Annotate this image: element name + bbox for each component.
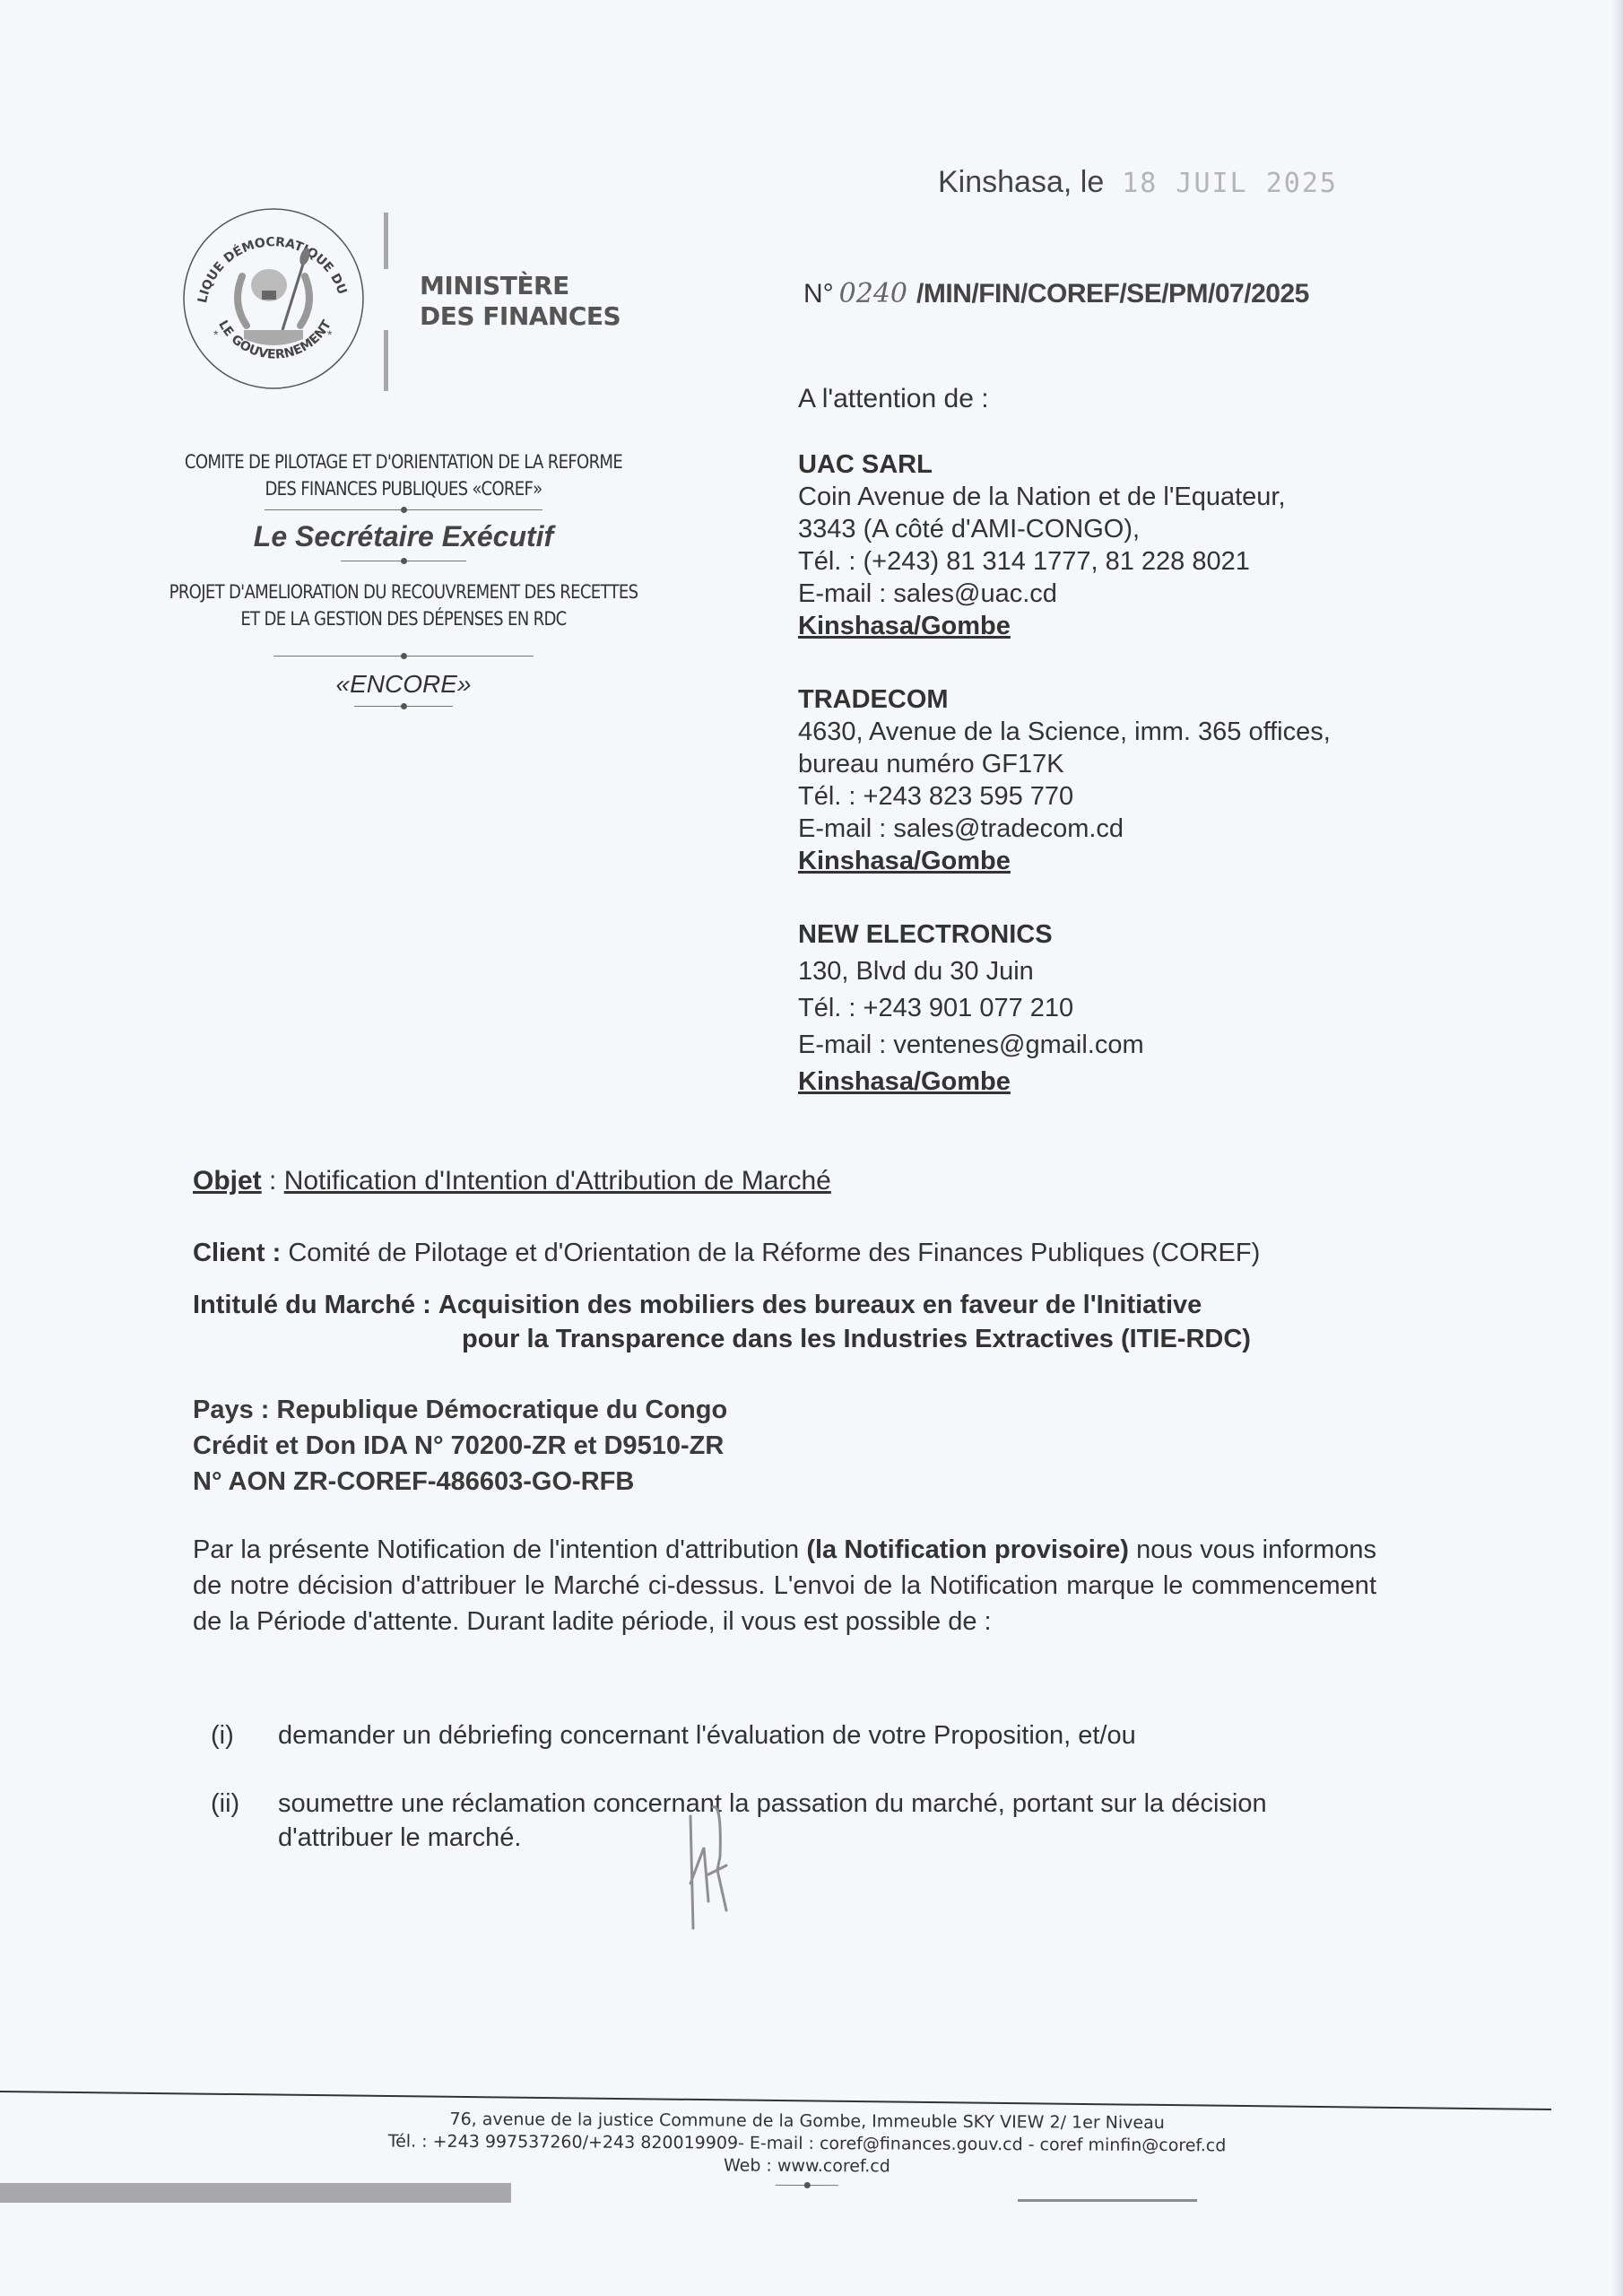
date-stamp: 18 JUIL 2025 (1122, 168, 1338, 199)
footer-gray-band (0, 2183, 511, 2203)
secretary-title: Le Secrétaire Exécutif (117, 520, 690, 553)
list-item: (i) demander un débriefing concernant l'… (193, 1718, 1376, 1752)
dateline: Kinshasa, le18 JUIL 2025 (938, 165, 1338, 200)
recipient-block: TRADECOM 4630, Avenue de la Science, imm… (798, 683, 1331, 877)
recipient-city: Kinshasa/Gombe (798, 1064, 1144, 1100)
recipient-block: UAC SARL Coin Avenue de la Nation et de … (798, 448, 1286, 642)
divider (384, 213, 388, 269)
project-name: PROJET D'AMELIORATION DU RECOUVREMENT DE… (157, 578, 650, 605)
recipient-block: NEW ELECTRONICS 130, Blvd du 30 Juin Tél… (798, 917, 1144, 1100)
footer-gray-line (1018, 2199, 1197, 2202)
handwritten-number: 0240 (839, 278, 907, 309)
project-acronym: «ENCORE» (117, 670, 690, 699)
subject-line: Objet : Notification d'Intention d'Attri… (193, 1164, 1376, 1198)
committee-name: DES FINANCES PUBLIQUES «COREF» (157, 475, 650, 502)
recipient-city: Kinshasa/Gombe (798, 610, 1286, 642)
notification-paragraph: Par la présente Notification de l'intent… (193, 1532, 1376, 1639)
ministry-name: MINISTÈRE DES FINANCES (420, 271, 621, 332)
client-line: Client : Comité de Pilotage et d'Orienta… (193, 1236, 1376, 1270)
ornament-divider (776, 2181, 838, 2190)
committee-name: COMITE DE PILOTAGE ET D'ORIENTATION DE L… (157, 448, 650, 475)
committee-block: COMITE DE PILOTAGE ET D'ORIENTATION DE L… (117, 448, 690, 715)
recipient-name: TRADECOM (798, 683, 1331, 716)
reference-number: N°0240/MIN/FIN/COREF/SE/PM/07/2025 (803, 278, 1309, 309)
project-name: ET DE LA GESTION DES DÉPENSES EN RDC (157, 605, 650, 632)
recipient-name: NEW ELECTRONICS (798, 917, 1144, 953)
divider (384, 330, 388, 391)
page-edge (1612, 0, 1623, 2296)
ornament-divider (273, 652, 534, 661)
coat-of-arms-icon: RÉPUBLIQUE DÉMOCRATIQUE DU CONGO LE GOUV… (179, 204, 368, 393)
recipient-name: UAC SARL (798, 448, 1286, 481)
ornament-divider (341, 557, 466, 566)
ornament-divider (354, 702, 453, 711)
contract-details: Pays : Republique Démocratique du Congo … (193, 1392, 1376, 1500)
recipient-city: Kinshasa/Gombe (798, 845, 1331, 877)
svg-text:*: * (213, 327, 219, 342)
signature-mark (677, 1803, 740, 1933)
attention-label: A l'attention de : (798, 384, 989, 414)
contract-title: Intitulé du Marché : Acquisition des mob… (193, 1288, 1376, 1356)
svg-text:*: * (327, 327, 333, 342)
ornament-divider (265, 506, 542, 515)
